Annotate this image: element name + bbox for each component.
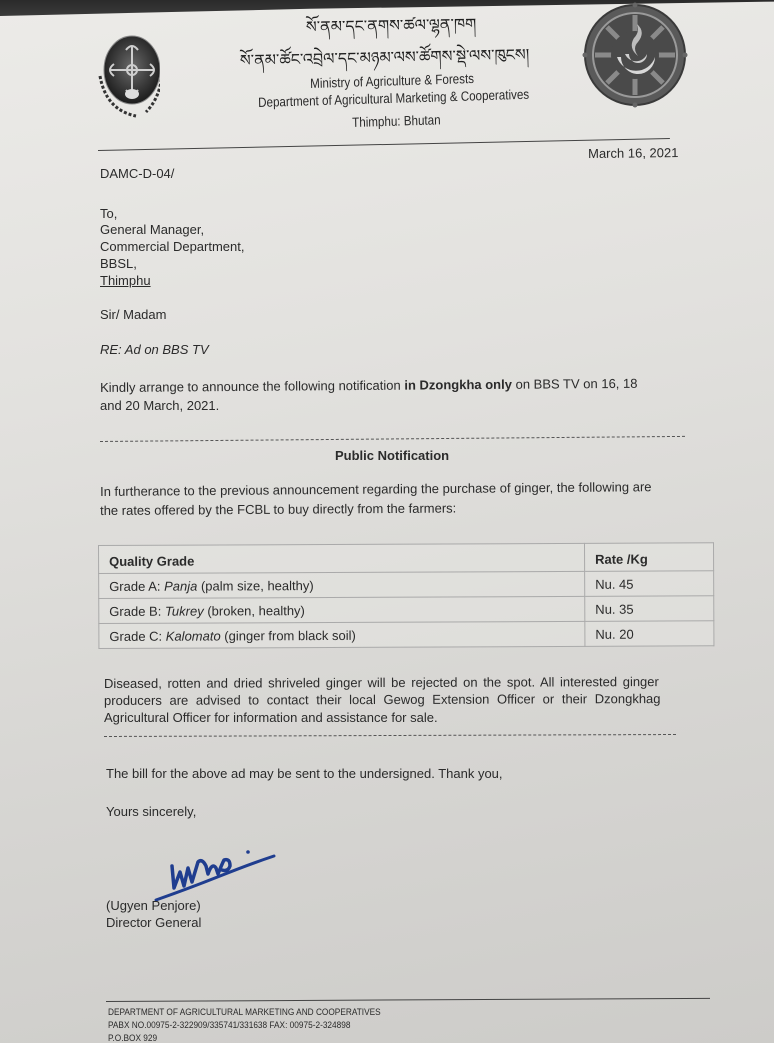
- footer-divider: [106, 998, 710, 1002]
- notification-divider-bottom: [104, 734, 676, 737]
- request-text-dates: on BBS TV on 16, 18: [512, 376, 638, 392]
- table-header-row: Quality Grade Rate /Kg: [99, 543, 714, 574]
- footer-contact: PABX NO.00975-2-322909/335741/331638 FAX…: [108, 1020, 350, 1030]
- signature-icon: [150, 848, 280, 904]
- request-line-1: Kindly arrange to announce the following…: [100, 376, 638, 395]
- rate-cell: Nu. 20: [585, 621, 714, 647]
- request-line-2: and 20 March, 2021.: [100, 398, 219, 413]
- reference-number: DAMC-D-04/: [100, 166, 174, 181]
- letter-date: March 16, 2021: [588, 145, 678, 161]
- notification-closing-line-3: Agricultural Officer for information and…: [104, 710, 438, 725]
- grade-cell: Grade C: Kalomato (ginger from black soi…: [99, 621, 585, 648]
- rate-cell: Nu. 35: [585, 596, 714, 622]
- ginger-rates-table: Quality Grade Rate /Kg Grade A: Panja (p…: [98, 542, 714, 649]
- grade-cell: Grade A: Panja (palm size, healthy): [99, 571, 585, 598]
- sign-off: Yours sincerely,: [106, 804, 196, 819]
- letterhead-divider: [98, 138, 670, 151]
- grade-description: (ginger from black soil): [221, 627, 356, 643]
- table-row: Grade B: Tukrey (broken, healthy) Nu. 35: [99, 596, 714, 624]
- table-row: Grade C: Kalomato (ginger from black soi…: [99, 621, 714, 649]
- department-wheel-emblem-icon: [582, 2, 688, 108]
- grade-name: Kalomato: [166, 628, 221, 643]
- grade-label: Grade A:: [109, 578, 164, 593]
- request-emphasis: in Dzongkha only: [404, 377, 512, 393]
- grade-cell: Grade B: Tukrey (broken, healthy): [99, 596, 585, 623]
- letter-page: སོ་ནམ་དང་ནགས་ཚལ་ལྷན་ཁག སོ་ནམ་ཚོང་འབྲེལ་ད…: [0, 0, 774, 1043]
- grade-label: Grade C:: [109, 628, 165, 643]
- grade-description: (palm size, healthy): [197, 578, 313, 594]
- notification-closing-line-1: Diseased, rotten and dried shriveled gin…: [104, 674, 659, 691]
- address-to: To,: [100, 206, 117, 221]
- notification-divider-top: [100, 436, 685, 442]
- address-recipient: General Manager,: [100, 222, 204, 237]
- request-text: Kindly arrange to announce the following…: [100, 378, 404, 395]
- bhutan-emblem-icon: [96, 28, 160, 120]
- notification-intro-line-2: the rates offered by the FCBL to buy dir…: [100, 501, 456, 518]
- letterhead-department: Department of Agricultural Marketing & C…: [258, 87, 529, 110]
- salutation: Sir/ Madam: [100, 307, 166, 322]
- notification-closing-line-2: producers are advised to contact their l…: [104, 691, 661, 708]
- address-organization: BBSL,: [100, 256, 137, 271]
- address-city: Thimphu: [100, 273, 151, 288]
- address-department: Commercial Department,: [100, 239, 245, 254]
- subject-line: RE: Ad on BBS TV: [100, 342, 209, 357]
- notification-intro-line-1: In furtherance to the previous announcem…: [100, 479, 652, 499]
- grade-name: Tukrey: [165, 603, 204, 618]
- footer-department: DEPARTMENT OF AGRICULTURAL MARKETING AND…: [108, 1007, 381, 1017]
- grade-name: Panja: [164, 578, 197, 593]
- grade-description: (broken, healthy): [204, 603, 305, 618]
- signatory-name: (Ugyen Penjore): [106, 898, 201, 913]
- table-row: Grade A: Panja (palm size, healthy) Nu. …: [99, 571, 714, 599]
- header-rate-per-kg: Rate /Kg: [584, 543, 713, 572]
- signatory-title: Director General: [106, 915, 201, 930]
- header-quality-grade: Quality Grade: [99, 543, 585, 573]
- notification-title: Public Notification: [335, 448, 449, 463]
- billing-note: The bill for the above ad may be sent to…: [106, 766, 503, 781]
- letterhead-location: Thimphu: Bhutan: [352, 112, 441, 130]
- grade-label: Grade B:: [109, 603, 165, 618]
- footer-po-box: P.O.BOX 929: [108, 1033, 157, 1043]
- rate-cell: Nu. 45: [585, 571, 714, 597]
